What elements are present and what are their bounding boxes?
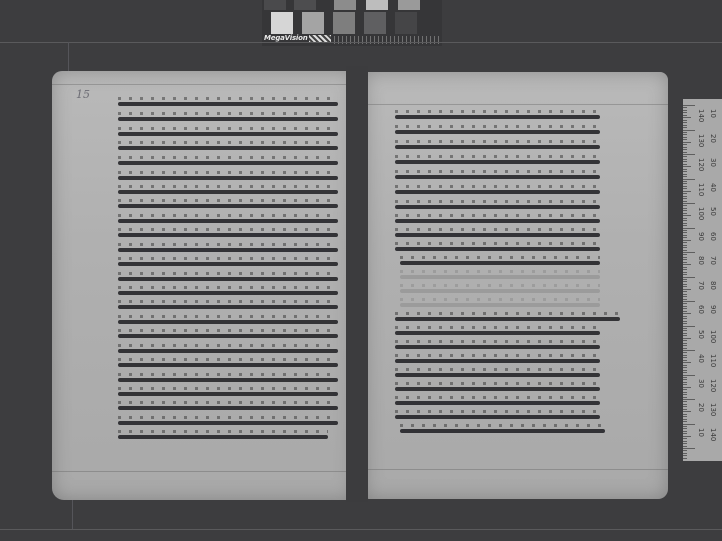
ruler-tick xyxy=(683,262,687,263)
handwritten-text-line xyxy=(118,262,338,266)
ruler-tick xyxy=(683,377,687,378)
ruler-tick xyxy=(683,274,687,275)
ruler-label: 90 xyxy=(709,305,717,314)
ruler-tick xyxy=(683,330,687,331)
ruler-tick xyxy=(683,284,687,285)
ruler-tick xyxy=(683,318,687,319)
ruled-line xyxy=(365,104,668,105)
ruler-tick xyxy=(683,264,691,265)
ruler-tick xyxy=(683,375,695,376)
ruler-tick xyxy=(683,294,687,295)
ruler-tick xyxy=(683,455,687,456)
ruler-tick xyxy=(683,384,687,385)
ruler-label: 50 xyxy=(697,330,705,339)
ruler-label: 110 xyxy=(697,183,705,196)
ruler-tick xyxy=(683,213,687,214)
ruler-tick xyxy=(683,156,687,157)
ruler-tick xyxy=(683,254,687,255)
handwritten-text-line xyxy=(118,176,338,180)
ruler-tick xyxy=(683,352,687,353)
ruler-tick xyxy=(683,147,687,148)
ruler-tick xyxy=(683,115,687,116)
ruler-tick xyxy=(683,399,695,400)
ruler-tick xyxy=(683,367,687,368)
ruler-tick xyxy=(683,441,687,442)
guide-line xyxy=(0,42,722,43)
ruler-tick xyxy=(683,311,687,312)
ruler-tick xyxy=(683,419,687,420)
ruler-tick xyxy=(683,201,687,202)
handwritten-text-line xyxy=(118,421,338,425)
handwritten-text-line xyxy=(395,247,600,251)
ruler-tick xyxy=(683,169,687,170)
ruler-tick xyxy=(683,259,687,260)
ruler-tick xyxy=(683,446,687,447)
handwritten-text-line xyxy=(118,190,338,194)
ruler-tick xyxy=(683,313,691,314)
handwritten-text-line xyxy=(395,387,600,391)
handwritten-text-line xyxy=(395,115,600,119)
ruler-tick xyxy=(683,401,687,402)
ruled-line xyxy=(365,469,668,470)
ruler-tick xyxy=(683,191,691,192)
ruler-tick xyxy=(683,164,687,165)
ruler-tick xyxy=(683,267,687,268)
ruler-tick xyxy=(683,159,687,160)
ruler-tick xyxy=(683,301,695,302)
handwritten-text-line xyxy=(400,429,605,433)
ruler-tick xyxy=(683,433,687,434)
ruler-tick xyxy=(683,411,691,412)
ruler-tick xyxy=(683,161,687,162)
ruler-tick xyxy=(683,171,687,172)
color-swatch xyxy=(398,0,420,10)
ruler-tick xyxy=(683,414,687,415)
handwritten-text-line xyxy=(395,317,620,321)
ruler-tick xyxy=(683,112,687,113)
ruler-tick xyxy=(683,409,687,410)
ruler-tick xyxy=(683,235,687,236)
ruler-label: 110 xyxy=(709,354,717,367)
ruler-tick xyxy=(683,291,687,292)
ruler-label: 120 xyxy=(697,158,705,171)
ruler-label: 70 xyxy=(709,256,717,265)
ruler-tick xyxy=(683,326,695,327)
color-swatch xyxy=(334,0,356,10)
ruler-tick xyxy=(683,122,687,123)
ruler-tick xyxy=(683,458,687,459)
ruler-tick xyxy=(683,272,687,273)
ruler-tick xyxy=(683,176,687,177)
ruler-tick xyxy=(683,404,687,405)
handwritten-text-line xyxy=(400,261,600,265)
ruler-label: 90 xyxy=(697,232,705,241)
ruler-tick xyxy=(683,394,687,395)
ruler-tick xyxy=(683,372,687,373)
ruler-tick xyxy=(683,152,687,153)
ruler-label: 10 xyxy=(709,109,717,118)
handwritten-text-line xyxy=(395,331,600,335)
ruler-tick xyxy=(683,379,687,380)
handwritten-text-line xyxy=(118,161,338,165)
ruler-tick xyxy=(683,328,687,329)
ruler-tick xyxy=(683,406,687,407)
ruler-tick xyxy=(683,205,687,206)
ruler-tick xyxy=(683,142,691,143)
ruler-tick xyxy=(683,382,687,383)
ruler-tick xyxy=(683,149,687,150)
ruler-tick xyxy=(683,237,687,238)
ruler-tick xyxy=(683,360,687,361)
ruler-tick xyxy=(683,130,695,131)
handwritten-text-line xyxy=(118,248,338,252)
ruler-label: 140 xyxy=(697,109,705,122)
ruler-tick xyxy=(683,125,687,126)
ruler-tick xyxy=(683,308,687,309)
handwritten-text-line xyxy=(395,205,600,209)
ruler-label: 30 xyxy=(697,379,705,388)
handwritten-text-line xyxy=(395,190,600,194)
handwritten-text-line xyxy=(395,175,600,179)
color-swatch xyxy=(366,0,388,10)
ruler-tick xyxy=(683,392,687,393)
handwritten-text-line xyxy=(118,204,338,208)
ruler-tick xyxy=(683,245,687,246)
ruler-tick xyxy=(683,357,687,358)
handwritten-text-line xyxy=(395,160,600,164)
handwritten-text-line xyxy=(118,117,338,121)
handwritten-text-line xyxy=(118,349,338,353)
ruler-tick xyxy=(683,188,687,189)
ruler-tick xyxy=(683,232,687,233)
ruler-tick xyxy=(683,453,687,454)
guide-line xyxy=(72,500,73,529)
ruler-tick xyxy=(683,370,687,371)
ruler-tick xyxy=(683,323,687,324)
ruler-tick xyxy=(683,355,687,356)
ruler-tick xyxy=(683,279,687,280)
ruler-tick xyxy=(683,179,695,180)
color-swatch xyxy=(302,12,324,34)
ruler-tick xyxy=(683,450,687,451)
ruler-tick xyxy=(683,306,687,307)
handwritten-text-line xyxy=(118,334,338,338)
ruler-tick xyxy=(683,139,687,140)
ruler-tick xyxy=(683,134,687,135)
book-gutter xyxy=(346,66,368,502)
ruler-tick xyxy=(683,303,687,304)
ruler-tick xyxy=(683,110,687,111)
ruler-label: 80 xyxy=(697,256,705,265)
ruler-tick xyxy=(683,333,687,334)
ruler-label: 60 xyxy=(697,305,705,314)
ruler-tick xyxy=(683,117,691,118)
ruler-tick xyxy=(683,277,695,278)
ruler-tick xyxy=(683,105,695,106)
ruler-tick xyxy=(683,345,687,346)
ruler-tick xyxy=(683,389,687,390)
handwritten-text-line xyxy=(118,305,338,309)
handwritten-text-line xyxy=(118,132,338,136)
ruler-tick xyxy=(683,208,687,209)
ruler-tick xyxy=(683,132,687,133)
handwritten-text-line xyxy=(395,345,600,349)
handwritten-text-line xyxy=(118,363,338,367)
ruler-label: 70 xyxy=(697,281,705,290)
handwritten-text-line xyxy=(395,130,600,134)
handwritten-text-line xyxy=(395,145,600,149)
ruler-label: 40 xyxy=(709,183,717,192)
ruler-tick xyxy=(683,257,687,258)
megavision-logo-text: MegaVision xyxy=(264,34,308,42)
ruler-tick xyxy=(683,416,687,417)
ruler-tick xyxy=(683,107,687,108)
handwritten-text-line xyxy=(395,233,600,237)
ruled-line xyxy=(52,471,353,472)
ruler-tick xyxy=(683,421,687,422)
ruler-tick xyxy=(683,431,687,432)
handwritten-text-line xyxy=(118,320,338,324)
folio-number: 15 xyxy=(76,88,90,101)
color-swatch xyxy=(395,12,417,34)
ruler-tick xyxy=(683,230,687,231)
ruler-tick xyxy=(683,286,687,287)
ruler-tick xyxy=(683,443,687,444)
ruler-tick xyxy=(683,348,687,349)
ruler-label: 60 xyxy=(709,232,717,241)
ruler-tick xyxy=(683,289,691,290)
ruled-line xyxy=(52,84,353,85)
handwritten-text-line xyxy=(118,291,338,295)
handwritten-text-line xyxy=(118,102,338,106)
ruler-tick xyxy=(683,120,687,121)
ruler-tick xyxy=(683,299,687,300)
ruler-label: 120 xyxy=(709,379,717,392)
ruler-label: 20 xyxy=(709,134,717,143)
handwritten-text-line xyxy=(118,219,338,223)
ruler-tick xyxy=(683,228,695,229)
ruler-label: 130 xyxy=(697,134,705,147)
ruler-tick xyxy=(683,438,687,439)
ruler-tick xyxy=(683,203,695,204)
ruler-label: 130 xyxy=(709,403,717,416)
ruler-tick xyxy=(683,436,691,437)
ruler-tick xyxy=(683,321,687,322)
handwritten-text-line xyxy=(395,415,600,419)
handwritten-text-line xyxy=(118,435,328,439)
color-swatch xyxy=(271,12,293,34)
ruler-tick xyxy=(683,242,687,243)
ruler-tick xyxy=(683,350,695,351)
ruler-tick xyxy=(683,296,687,297)
ruler-tick xyxy=(683,281,687,282)
ruler-tick xyxy=(683,387,691,388)
ruler-tick xyxy=(683,269,687,270)
ruler-tick xyxy=(683,343,687,344)
ruler-label: 20 xyxy=(697,403,705,412)
ruler-tick xyxy=(683,365,687,366)
handwritten-text-line xyxy=(400,275,600,279)
handwritten-text-line xyxy=(118,277,338,281)
ruler-tick xyxy=(683,362,691,363)
ruler-tick xyxy=(683,426,687,427)
ruler-label: 30 xyxy=(709,158,717,167)
ruler-tick xyxy=(683,252,695,253)
ruler-tick xyxy=(683,397,687,398)
color-swatch xyxy=(333,12,355,34)
handwritten-text-line xyxy=(400,303,600,307)
ruler-tick xyxy=(683,215,691,216)
measurement-ruler: 1401301201101009080706050403020101020304… xyxy=(683,99,722,461)
ruler-tick xyxy=(683,144,687,145)
ruler-label: 50 xyxy=(709,207,717,216)
ruler-tick xyxy=(683,428,687,429)
ruler-tick xyxy=(683,250,687,251)
ruler-tick xyxy=(683,424,695,425)
ruler-tick xyxy=(683,174,687,175)
handwritten-text-line xyxy=(400,289,600,293)
ruler-tick xyxy=(683,154,695,155)
handwritten-text-line xyxy=(118,378,338,382)
ruler-label: 10 xyxy=(697,428,705,437)
handwritten-text-line xyxy=(395,219,600,223)
ruler-tick xyxy=(683,218,687,219)
ruler-tick xyxy=(683,335,687,336)
ruler-label: 40 xyxy=(697,354,705,363)
ruler-tick xyxy=(683,338,691,339)
handwritten-text-line xyxy=(395,373,600,377)
ruler-label: 140 xyxy=(709,428,717,441)
ruler-tick xyxy=(683,316,687,317)
ruler-tick xyxy=(683,183,687,184)
ruler-tick xyxy=(683,225,687,226)
ruler-tick xyxy=(683,210,687,211)
color-swatch xyxy=(294,0,316,10)
handwritten-text-line xyxy=(395,359,600,363)
handwritten-text-line xyxy=(118,406,338,410)
handwritten-text-line xyxy=(118,146,338,150)
handwritten-text-line xyxy=(118,392,338,396)
ruler-tick xyxy=(683,220,687,221)
ruler-tick xyxy=(683,127,687,128)
ruler-tick xyxy=(683,137,687,138)
ruler-tick xyxy=(683,166,691,167)
ruler-label: 100 xyxy=(709,330,717,343)
ruler-tick xyxy=(683,247,687,248)
handwritten-text-line xyxy=(395,401,600,405)
guide-line xyxy=(0,529,722,530)
ruler-tick xyxy=(683,193,687,194)
ruler-tick xyxy=(683,240,691,241)
ruler-label: 100 xyxy=(697,207,705,220)
color-swatch xyxy=(364,12,386,34)
color-swatch xyxy=(264,0,286,10)
ruler-tick xyxy=(683,186,687,187)
ruler-tick xyxy=(683,198,687,199)
ruler-tick xyxy=(683,196,687,197)
ruler-label: 80 xyxy=(709,281,717,290)
ruler-tick xyxy=(683,448,695,449)
ruler-tick xyxy=(683,340,687,341)
ruler-tick xyxy=(683,223,687,224)
handwritten-text-line xyxy=(118,233,338,237)
ruler-tick xyxy=(683,181,687,182)
